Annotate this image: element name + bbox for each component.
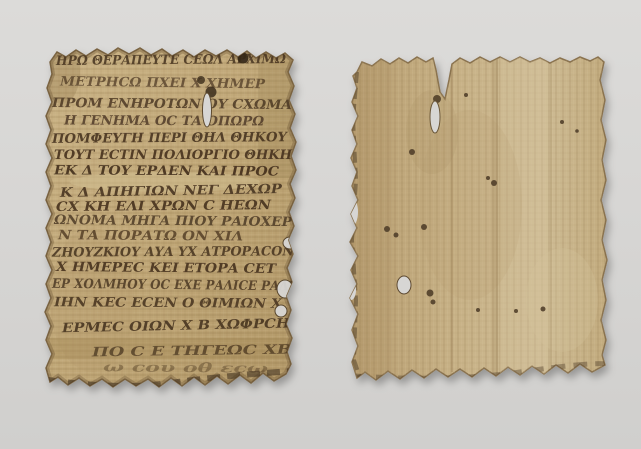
greek-text-line: ΠΟ C Ε ΤΗΓΕΩC ΧΒ — [90, 343, 292, 361]
edge-bite — [346, 280, 356, 300]
greek-text-line: ω cου οθ εcω — [103, 360, 269, 376]
greek-text-line: ΜΕΤΡΗCΩ ΠΧΕΙ Χ ΧΗΜΕΡ — [59, 74, 267, 92]
papyrus-dark-patch — [406, 90, 458, 174]
greek-text-line: ΖΗΟΥΖΚΙΟΥ ΑΥΑ ΥΧ ΑΤΡΟΡΑCΟΝ — [51, 244, 295, 260]
greek-text-line: Χ ΗΜΕΡΕC ΚΕΙ ΕΤΟΡΑ CΕΤ — [55, 260, 278, 277]
tear-slit — [203, 93, 212, 127]
greek-text-line: ΠΡΟΜ ΕΝΗΡΟΤΩΝ ΟΥ CΧΩΜΑ — [51, 96, 292, 113]
greek-text-line: ΕΡ ΧΟΛΜΗΟΥ ΟC ΕΧΕ ΡΑΛΙCΕ ΡΑΛΙ — [51, 277, 295, 295]
tear-slit — [430, 101, 440, 133]
ink-blot — [197, 76, 205, 84]
papyrus-light-patch — [526, 248, 598, 352]
ink-blot — [238, 53, 249, 64]
greek-text-line: ΤΟΥΤ ΕCΤΙΝ ΠΟΛΙΟΡΓΙΟ ΘΗΚΗ — [54, 148, 293, 163]
greek-text-line: ΙΗΝ ΚΕC ΕCΕΝ Ο ΘΙΜΙΩΝ Χ — [53, 295, 283, 312]
right-papyrus-fragment — [345, 45, 615, 390]
worm-hole — [283, 237, 297, 249]
greek-text-line: Ν ΤΑ ΠΟΡΑΤΩ ΟΝ ΧΙΛ — [57, 228, 243, 244]
photo-canvas: ΗΡΩ ΘΕΡΑΠΕΥΤΕ CΕΩΛ ΑΡΧΙΜΩ ΜΕΤΡΗCΩ ΠΧΕΙ Χ… — [0, 0, 641, 449]
left-papyrus-fragment: ΗΡΩ ΘΕΡΑΠΕΥΤΕ CΕΩΛ ΑΡΧΙΜΩ ΜΕΤΡΗCΩ ΠΧΕΙ Χ… — [40, 40, 305, 400]
greek-text-line: ΠΟΜΦΕΥΓΗ ΠΕΡΙ ΘΗΛ ΘΗΚΟΥ — [51, 130, 289, 147]
papyrus-photo: ΗΡΩ ΘΕΡΑΠΕΥΤΕ CΕΩΛ ΑΡΧΙΜΩ ΜΕΤΡΗCΩ ΠΧΕΙ Χ… — [0, 0, 641, 449]
worm-hole — [275, 305, 287, 317]
greek-text-line: Η ΓΕΝΗΜΑ ΟC ΤΑ ΟΠΩΡΩ — [63, 113, 265, 129]
greek-text-line: ΕΚ Δ ΤΟΥ ΕΡΔΕΝ ΚΑΙ ΠΡΟC — [53, 163, 280, 179]
worm-hole — [277, 280, 293, 298]
worm-hole — [397, 276, 411, 294]
